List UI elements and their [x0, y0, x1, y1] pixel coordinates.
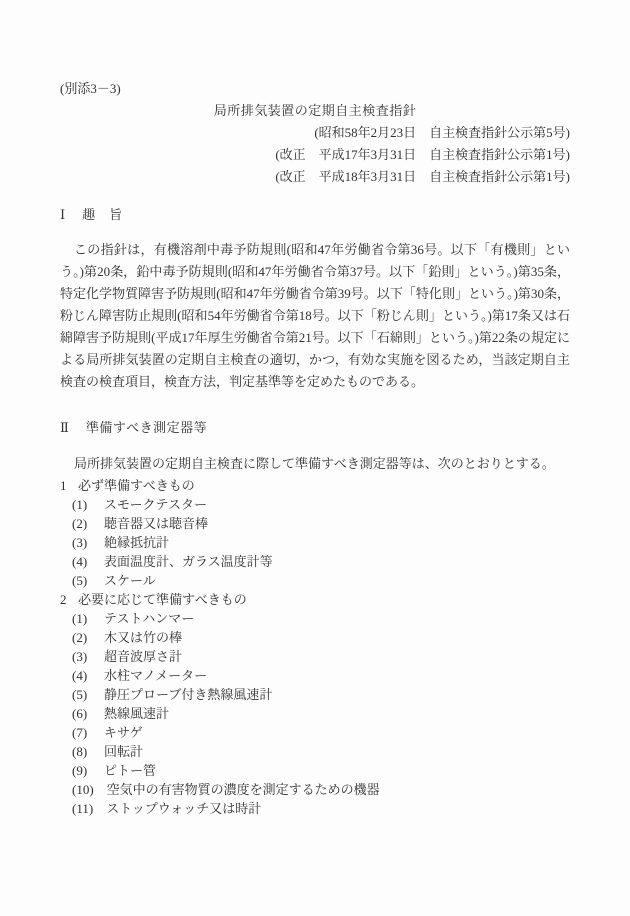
section-1-heading: Ⅰ 趣 旨	[60, 204, 570, 226]
revision-line: (改正 平成17年3月31日 自主検査指針公示第1号)	[60, 144, 570, 166]
section-2-title: 準備すべき測定器等	[86, 417, 207, 439]
item-label: テストハンマー	[104, 609, 194, 628]
equipment-item: (3) 絶縁抵抗計	[60, 533, 570, 552]
item-number: (2)	[72, 514, 91, 533]
equipment-item: (4) 表面温度計、ガラス温度計等	[60, 552, 570, 571]
equipment-item: (5) スケール	[60, 571, 570, 590]
equipment-group-as-needed: 2 必要に応じて準備すべきもの (1) テストハンマー (2) 木又は竹の棒 (…	[60, 590, 570, 818]
section-2-intro: 局所排気装置の定期自主検査に際して準備すべき測定器等は、次のとおりとする。	[60, 453, 570, 475]
group-title: 必ず準備すべきもの	[78, 476, 195, 495]
section-2-numeral: Ⅱ	[60, 417, 69, 439]
equipment-item: (4) 水柱マノメーター	[60, 666, 570, 685]
section-1-numeral: Ⅰ	[60, 204, 65, 226]
section-1-title: 趣 旨	[82, 204, 123, 226]
item-number: (4)	[72, 552, 91, 571]
revision-line: (改正 平成18年3月31日 自主検査指針公示第1号)	[60, 166, 570, 188]
document-title: 局所排気装置の定期自主検査指針	[60, 100, 570, 122]
item-number: (2)	[72, 628, 91, 647]
equipment-item: (11) ストップウォッチ又は時計	[60, 799, 570, 818]
item-label: 木又は竹の棒	[104, 628, 182, 647]
equipment-item: (2) 木又は竹の棒	[60, 628, 570, 647]
item-number: (10)	[72, 780, 94, 799]
item-label: 熱線風速計	[104, 704, 169, 723]
item-number: (5)	[72, 571, 91, 590]
item-label: 水柱マノメーター	[104, 666, 207, 685]
revision-line: (昭和58年2月23日 自主検査指針公示第5号)	[60, 122, 570, 144]
equipment-item: (3) 超音波厚さ計	[60, 647, 570, 666]
item-label: ピトー管	[104, 761, 156, 780]
item-number: (3)	[72, 647, 91, 666]
equipment-item: (10) 空気中の有害物質の濃度を測定するための機器	[60, 780, 570, 799]
equipment-item: (8) 回転計	[60, 742, 570, 761]
group-header: 2 必要に応じて準備すべきもの	[60, 590, 570, 609]
equipment-item: (7) キサゲ	[60, 723, 570, 742]
item-label: 静圧プローブ付き熱線風速計	[104, 685, 272, 704]
item-number: (11)	[72, 799, 93, 818]
item-number: (1)	[72, 495, 91, 514]
item-label: 表面温度計、ガラス温度計等	[104, 552, 273, 571]
section-1-body: この指針は，有機溶剤中毒予防規則(昭和47年労働省令第36号。以下「有機則」とい…	[60, 239, 570, 393]
section-2-heading: Ⅱ 準備すべき測定器等	[60, 417, 570, 439]
item-number: (7)	[72, 723, 91, 742]
item-label: スモークテスター	[104, 495, 207, 514]
equipment-item: (6) 熱線風速計	[60, 704, 570, 723]
equipment-group-required: 1 必ず準備すべきもの (1) スモークテスター (2) 聴音器又は聴音棒 (3…	[60, 476, 570, 590]
item-label: 超音波厚さ計	[104, 647, 182, 666]
document-page: (別添3－3) 局所排気装置の定期自主検査指針 (昭和58年2月23日 自主検査…	[0, 0, 630, 916]
equipment-list: 1 必ず準備すべきもの (1) スモークテスター (2) 聴音器又は聴音棒 (3…	[60, 476, 570, 818]
equipment-item: (1) テストハンマー	[60, 609, 570, 628]
equipment-item: (2) 聴音器又は聴音棒	[60, 514, 570, 533]
group-title: 必要に応じて準備すべきもの	[78, 590, 247, 609]
item-label: 回転計	[104, 742, 143, 761]
equipment-item: (9) ピトー管	[60, 761, 570, 780]
item-label: 聴音器又は聴音棒	[104, 514, 208, 533]
item-label: ストップウォッチ又は時計	[106, 799, 261, 818]
group-number: 1	[60, 476, 67, 495]
item-label: 絶縁抵抗計	[104, 533, 169, 552]
item-number: (3)	[72, 533, 91, 552]
item-label: スケール	[104, 571, 156, 590]
group-header: 1 必ず準備すべきもの	[60, 476, 570, 495]
equipment-item: (1) スモークテスター	[60, 495, 570, 514]
revision-history: (昭和58年2月23日 自主検査指針公示第5号) (改正 平成17年3月31日 …	[60, 122, 570, 188]
item-number: (1)	[72, 609, 91, 628]
item-number: (6)	[72, 704, 91, 723]
item-number: (9)	[72, 761, 91, 780]
item-number: (5)	[72, 685, 91, 704]
item-number: (8)	[72, 742, 91, 761]
item-number: (4)	[72, 666, 91, 685]
equipment-item: (5) 静圧プローブ付き熱線風速計	[60, 685, 570, 704]
item-label: キサゲ	[104, 723, 142, 742]
group-number: 2	[60, 590, 67, 609]
item-label: 空気中の有害物質の濃度を測定するための機器	[107, 780, 380, 799]
attachment-label: (別添3－3)	[60, 78, 570, 100]
